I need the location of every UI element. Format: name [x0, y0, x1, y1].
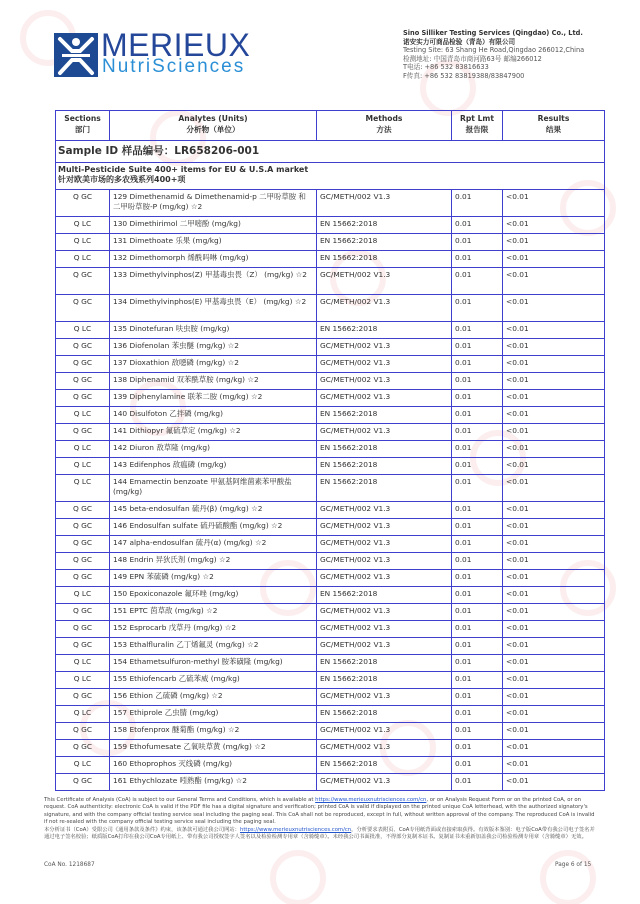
analyte-cell: 157 Ethiprole 乙虫腈 (mg/kg) — [110, 706, 317, 723]
method-cell: GC/METH/002 V1.3 — [317, 268, 452, 295]
result-cell: <0.01 — [503, 407, 605, 424]
method-cell: EN 15662:2018 — [317, 458, 452, 475]
table-row: Q GC133 Dimethylvinphos(Z) 甲基毒虫畏（Z） (mg/… — [56, 268, 605, 295]
col-header-rpt-lmt: Rpt Lmt报告限 — [452, 111, 503, 141]
result-cell: <0.01 — [503, 295, 605, 322]
analyte-cell: 149 EPN 苯硫磷 (mg/kg) ☆2 — [110, 570, 317, 587]
method-cell: EN 15662:2018 — [317, 706, 452, 723]
table-row: Q GC141 Dithiopyr 氟硫草定 (mg/kg) ☆2GC/METH… — [56, 424, 605, 441]
method-cell: GC/METH/002 V1.3 — [317, 295, 452, 322]
company-logo: MERIEUX NutriSciences — [54, 33, 254, 77]
table-row: Q LC155 Ethiofencarb 乙硫苯威 (mg/kg)EN 1566… — [56, 672, 605, 689]
company-tel: T电话: +86 532 83816633 — [403, 63, 584, 72]
result-cell: <0.01 — [503, 706, 605, 723]
result-cell: <0.01 — [503, 553, 605, 570]
section-cell: Q LC — [56, 251, 110, 268]
rpt-lmt-cell: 0.01 — [452, 638, 503, 655]
section-cell: Q GC — [56, 268, 110, 295]
method-cell: EN 15662:2018 — [317, 757, 452, 774]
method-cell: EN 15662:2018 — [317, 251, 452, 268]
table-row: Q GC134 Dimethylvinphos(E) 甲基毒虫畏（E） (mg/… — [56, 295, 605, 322]
analyte-cell: 151 EPTC 茵草敌 (mg/kg) ☆2 — [110, 604, 317, 621]
rpt-lmt-cell: 0.01 — [452, 536, 503, 553]
watermark-seal — [540, 850, 596, 904]
method-cell: GC/METH/002 V1.3 — [317, 502, 452, 519]
result-cell: <0.01 — [503, 672, 605, 689]
analyte-cell: 135 Dinotefuran 呋虫胺 (mg/kg) — [110, 322, 317, 339]
method-cell: EN 15662:2018 — [317, 407, 452, 424]
table-row: Q LC142 Diuron 敌草隆 (mg/kg)EN 15662:20180… — [56, 441, 605, 458]
section-cell: Q GC — [56, 356, 110, 373]
rpt-lmt-cell: 0.01 — [452, 706, 503, 723]
analyte-cell: 145 beta-endosulfan 硫丹(β) (mg/kg) ☆2 — [110, 502, 317, 519]
table-row: Q GC139 Diphenylamine 联苯二胺 (mg/kg) ☆2GC/… — [56, 390, 605, 407]
analyte-cell: 129 Dimethenamid & Dimethenamid-p 二甲吩草胺 … — [110, 190, 317, 217]
method-cell: GC/METH/002 V1.3 — [317, 570, 452, 587]
section-cell: Q GC — [56, 190, 110, 217]
method-cell: GC/METH/002 V1.3 — [317, 740, 452, 757]
section-cell: Q GC — [56, 604, 110, 621]
analyte-cell: 136 Diofenolan 苯虫醚 (mg/kg) ☆2 — [110, 339, 317, 356]
result-cell: <0.01 — [503, 424, 605, 441]
rpt-lmt-cell: 0.01 — [452, 774, 503, 791]
analyte-cell: 150 Epoxiconazole 氟环唑 (mg/kg) — [110, 587, 317, 604]
result-cell: <0.01 — [503, 234, 605, 251]
table-row: Q LC143 Edifenphos 敌瘟磷 (mg/kg)EN 15662:2… — [56, 458, 605, 475]
sample-id-row: Sample ID 样品编号：LR658206-001 — [56, 141, 605, 163]
analyte-cell: 134 Dimethylvinphos(E) 甲基毒虫畏（E） (mg/kg) … — [110, 295, 317, 322]
rpt-lmt-cell: 0.01 — [452, 356, 503, 373]
rpt-lmt-cell: 0.01 — [452, 390, 503, 407]
result-cell: <0.01 — [503, 322, 605, 339]
table-row: Q LC140 Disulfoton 乙拌磷 (mg/kg)EN 15662:2… — [56, 407, 605, 424]
section-cell: Q LC — [56, 407, 110, 424]
merieux-figure-logo-icon — [54, 33, 98, 77]
disclaimer: This Certificate of Analysis (CoA) is su… — [44, 797, 599, 841]
result-cell: <0.01 — [503, 774, 605, 791]
analyte-cell: 143 Edifenphos 敌瘟磷 (mg/kg) — [110, 458, 317, 475]
table-row: Q LC144 Emamectin benzoate 甲氨基阿维菌素苯甲酸盐 (… — [56, 475, 605, 502]
rpt-lmt-cell: 0.01 — [452, 322, 503, 339]
method-cell: GC/METH/002 V1.3 — [317, 723, 452, 740]
rpt-lmt-cell: 0.01 — [452, 689, 503, 706]
result-cell: <0.01 — [503, 458, 605, 475]
analyte-cell: 147 alpha-endosulfan 硫丹(α) (mg/kg) ☆2 — [110, 536, 317, 553]
table-row: Q LC131 Dimethoate 乐果 (mg/kg)EN 15662:20… — [56, 234, 605, 251]
table-row: Q GC147 alpha-endosulfan 硫丹(α) (mg/kg) ☆… — [56, 536, 605, 553]
method-cell: GC/METH/002 V1.3 — [317, 390, 452, 407]
section-cell: Q GC — [56, 621, 110, 638]
table-row: Q GC153 Ethalfluralin 乙丁烯氟灵 (mg/kg) ☆2GC… — [56, 638, 605, 655]
company-name-cn: 诺安实力可商品检验（青岛）有限公司 — [403, 38, 584, 47]
watermark-seal — [270, 850, 326, 904]
analyte-cell: 133 Dimethylvinphos(Z) 甲基毒虫畏（Z） (mg/kg) … — [110, 268, 317, 295]
rpt-lmt-cell: 0.01 — [452, 655, 503, 672]
rpt-lmt-cell: 0.01 — [452, 295, 503, 322]
suite-title: Multi-Pesticide Suite 400+ items for EU … — [56, 163, 605, 190]
suite-title-row: Multi-Pesticide Suite 400+ items for EU … — [56, 163, 605, 190]
method-cell: GC/METH/002 V1.3 — [317, 339, 452, 356]
method-cell: EN 15662:2018 — [317, 322, 452, 339]
col-header-methods: Methods方法 — [317, 111, 452, 141]
section-cell: Q LC — [56, 587, 110, 604]
method-cell: EN 15662:2018 — [317, 234, 452, 251]
analyte-cell: 142 Diuron 敌草隆 (mg/kg) — [110, 441, 317, 458]
result-cell: <0.01 — [503, 190, 605, 217]
table-row: Q GC151 EPTC 茵草敌 (mg/kg) ☆2GC/METH/002 V… — [56, 604, 605, 621]
rpt-lmt-cell: 0.01 — [452, 268, 503, 295]
result-cell: <0.01 — [503, 339, 605, 356]
method-cell: GC/METH/002 V1.3 — [317, 621, 452, 638]
table-row: Q GC136 Diofenolan 苯虫醚 (mg/kg) ☆2GC/METH… — [56, 339, 605, 356]
result-cell: <0.01 — [503, 441, 605, 458]
result-cell: <0.01 — [503, 723, 605, 740]
analyte-cell: 137 Dioxathion 敌噁磷 (mg/kg) ☆2 — [110, 356, 317, 373]
method-cell: EN 15662:2018 — [317, 217, 452, 234]
rpt-lmt-cell: 0.01 — [452, 553, 503, 570]
rpt-lmt-cell: 0.01 — [452, 519, 503, 536]
section-cell: Q LC — [56, 706, 110, 723]
rpt-lmt-cell: 0.01 — [452, 217, 503, 234]
company-name-en: Sino Silliker Testing Services (Qingdao)… — [403, 29, 584, 38]
result-cell: <0.01 — [503, 757, 605, 774]
section-cell: Q LC — [56, 655, 110, 672]
section-cell: Q GC — [56, 295, 110, 322]
section-cell: Q LC — [56, 234, 110, 251]
method-cell: GC/METH/002 V1.3 — [317, 689, 452, 706]
result-cell: <0.01 — [503, 587, 605, 604]
result-cell: <0.01 — [503, 604, 605, 621]
section-cell: Q GC — [56, 424, 110, 441]
section-cell: Q LC — [56, 217, 110, 234]
method-cell: EN 15662:2018 — [317, 655, 452, 672]
method-cell: GC/METH/002 V1.3 — [317, 519, 452, 536]
result-cell: <0.01 — [503, 655, 605, 672]
company-fax: F传真: +86 532 83819388/83847900 — [403, 72, 584, 81]
analyte-cell: 156 Ethion 乙硫磷 (mg/kg) ☆2 — [110, 689, 317, 706]
coa-number: CoA No. 1218687 — [44, 862, 95, 868]
rpt-lmt-cell: 0.01 — [452, 424, 503, 441]
method-cell: GC/METH/002 V1.3 — [317, 356, 452, 373]
rpt-lmt-cell: 0.01 — [452, 234, 503, 251]
result-cell: <0.01 — [503, 356, 605, 373]
table-row: Q GC156 Ethion 乙硫磷 (mg/kg) ☆2GC/METH/002… — [56, 689, 605, 706]
table-row: Q LC160 Ethoprophos 灭线磷 (mg/kg)EN 15662:… — [56, 757, 605, 774]
analyte-cell: 146 Endosulfan sulfate 硫丹硫酸酯 (mg/kg) ☆2 — [110, 519, 317, 536]
company-info: Sino Silliker Testing Services (Qingdao)… — [403, 29, 584, 81]
section-cell: Q GC — [56, 339, 110, 356]
analyte-cell: 155 Ethiofencarb 乙硫苯威 (mg/kg) — [110, 672, 317, 689]
result-cell: <0.01 — [503, 536, 605, 553]
rpt-lmt-cell: 0.01 — [452, 604, 503, 621]
table-header-row: Sections部门 Analytes (Units)分析物（单位） Metho… — [56, 111, 605, 141]
result-cell: <0.01 — [503, 621, 605, 638]
col-header-analytes: Analytes (Units)分析物（单位） — [110, 111, 317, 141]
analyte-cell: 144 Emamectin benzoate 甲氨基阿维菌素苯甲酸盐 (mg/k… — [110, 475, 317, 502]
rpt-lmt-cell: 0.01 — [452, 621, 503, 638]
method-cell: GC/METH/002 V1.3 — [317, 638, 452, 655]
col-header-sections: Sections部门 — [56, 111, 110, 141]
terms-link-cn[interactable]: https://www.merieuxnutrisciences.com/cn — [240, 827, 351, 833]
result-cell: <0.01 — [503, 268, 605, 295]
method-cell: GC/METH/002 V1.3 — [317, 536, 452, 553]
result-cell: <0.01 — [503, 570, 605, 587]
rpt-lmt-cell: 0.01 — [452, 723, 503, 740]
section-cell: Q GC — [56, 638, 110, 655]
method-cell: GC/METH/002 V1.3 — [317, 190, 452, 217]
analyte-cell: 139 Diphenylamine 联苯二胺 (mg/kg) ☆2 — [110, 390, 317, 407]
method-cell: EN 15662:2018 — [317, 587, 452, 604]
sample-id: Sample ID 样品编号：LR658206-001 — [56, 141, 605, 163]
rpt-lmt-cell: 0.01 — [452, 190, 503, 217]
method-cell: GC/METH/002 V1.3 — [317, 424, 452, 441]
rpt-lmt-cell: 0.01 — [452, 587, 503, 604]
analyte-cell: 160 Ethoprophos 灭线磷 (mg/kg) — [110, 757, 317, 774]
analyte-cell: 140 Disulfoton 乙拌磷 (mg/kg) — [110, 407, 317, 424]
table-row: Q GC161 Ethychlozate 吲熟酯 (mg/kg) ☆2GC/ME… — [56, 774, 605, 791]
section-cell: Q GC — [56, 519, 110, 536]
table-row: Q LC150 Epoxiconazole 氟环唑 (mg/kg)EN 1566… — [56, 587, 605, 604]
rpt-lmt-cell: 0.01 — [452, 570, 503, 587]
results-table: Sections部门 Analytes (Units)分析物（单位） Metho… — [55, 110, 605, 791]
rpt-lmt-cell: 0.01 — [452, 441, 503, 458]
table-row: Q GC149 EPN 苯硫磷 (mg/kg) ☆2GC/METH/002 V1… — [56, 570, 605, 587]
table-row: Q GC146 Endosulfan sulfate 硫丹硫酸酯 (mg/kg)… — [56, 519, 605, 536]
rpt-lmt-cell: 0.01 — [452, 757, 503, 774]
section-cell: Q GC — [56, 536, 110, 553]
analyte-cell: 148 Endrin 异狄氏剂 (mg/kg) ☆2 — [110, 553, 317, 570]
rpt-lmt-cell: 0.01 — [452, 740, 503, 757]
section-cell: Q GC — [56, 553, 110, 570]
col-header-results: Results结果 — [503, 111, 605, 141]
rpt-lmt-cell: 0.01 — [452, 373, 503, 390]
analyte-cell: 152 Esprocarb 戊草丹 (mg/kg) ☆2 — [110, 621, 317, 638]
suite-title-cn: 针对欧美市场的多农残系列400+项 — [58, 175, 602, 185]
result-cell: <0.01 — [503, 502, 605, 519]
section-cell: Q LC — [56, 441, 110, 458]
table-row: Q LC130 Dimethirimol 二甲嘧酚 (mg/kg)EN 1566… — [56, 217, 605, 234]
rpt-lmt-cell: 0.01 — [452, 475, 503, 502]
result-cell: <0.01 — [503, 475, 605, 502]
analyte-cell: 159 Ethofumesate 乙氧呋草黄 (mg/kg) ☆2 — [110, 740, 317, 757]
table-row: Q GC129 Dimethenamid & Dimethenamid-p 二甲… — [56, 190, 605, 217]
table-row: Q GC145 beta-endosulfan 硫丹(β) (mg/kg) ☆2… — [56, 502, 605, 519]
rpt-lmt-cell: 0.01 — [452, 251, 503, 268]
section-cell: Q LC — [56, 322, 110, 339]
section-cell: Q LC — [56, 475, 110, 502]
section-cell: Q GC — [56, 570, 110, 587]
table-row: Q GC159 Ethofumesate 乙氧呋草黄 (mg/kg) ☆2GC/… — [56, 740, 605, 757]
method-cell: EN 15662:2018 — [317, 672, 452, 689]
method-cell: GC/METH/002 V1.3 — [317, 553, 452, 570]
section-cell: Q GC — [56, 740, 110, 757]
analyte-cell: 138 Diphenamid 双苯酰草胺 (mg/kg) ☆2 — [110, 373, 317, 390]
table-row: Q LC132 Dimethomorph 烯酰吗啉 (mg/kg)EN 1566… — [56, 251, 605, 268]
rpt-lmt-cell: 0.01 — [452, 502, 503, 519]
section-cell: Q GC — [56, 373, 110, 390]
section-cell: Q GC — [56, 502, 110, 519]
section-cell: Q LC — [56, 458, 110, 475]
table-row: Q GC138 Diphenamid 双苯酰草胺 (mg/kg) ☆2GC/ME… — [56, 373, 605, 390]
rpt-lmt-cell: 0.01 — [452, 407, 503, 424]
analyte-cell: 158 Etofenprox 醚菊酯 (mg/kg) ☆2 — [110, 723, 317, 740]
method-cell: EN 15662:2018 — [317, 441, 452, 458]
method-cell: GC/METH/002 V1.3 — [317, 774, 452, 791]
result-cell: <0.01 — [503, 251, 605, 268]
table-row: Q GC137 Dioxathion 敌噁磷 (mg/kg) ☆2GC/METH… — [56, 356, 605, 373]
analyte-cell: 130 Dimethirimol 二甲嘧酚 (mg/kg) — [110, 217, 317, 234]
rpt-lmt-cell: 0.01 — [452, 339, 503, 356]
company-address-en: Testing Site: 63 Shang He Road,Qingdao 2… — [403, 46, 584, 55]
result-cell: <0.01 — [503, 638, 605, 655]
analyte-cell: 154 Ethametsulfuron-methyl 胺苯磺隆 (mg/kg) — [110, 655, 317, 672]
table-row: Q GC158 Etofenprox 醚菊酯 (mg/kg) ☆2GC/METH… — [56, 723, 605, 740]
section-cell: Q LC — [56, 672, 110, 689]
method-cell: EN 15662:2018 — [317, 475, 452, 502]
table-row: Q LC157 Ethiprole 乙虫腈 (mg/kg)EN 15662:20… — [56, 706, 605, 723]
analyte-cell: 161 Ethychlozate 吲熟酯 (mg/kg) ☆2 — [110, 774, 317, 791]
method-cell: GC/METH/002 V1.3 — [317, 604, 452, 621]
rpt-lmt-cell: 0.01 — [452, 458, 503, 475]
analyte-cell: 131 Dimethoate 乐果 (mg/kg) — [110, 234, 317, 251]
analyte-cell: 132 Dimethomorph 烯酰吗啉 (mg/kg) — [110, 251, 317, 268]
page-number: Page 6 of 15 — [555, 862, 591, 868]
table-row: Q GC152 Esprocarb 戊草丹 (mg/kg) ☆2GC/METH/… — [56, 621, 605, 638]
analyte-cell: 153 Ethalfluralin 乙丁烯氟灵 (mg/kg) ☆2 — [110, 638, 317, 655]
result-cell: <0.01 — [503, 390, 605, 407]
result-cell: <0.01 — [503, 373, 605, 390]
section-cell: Q GC — [56, 689, 110, 706]
result-cell: <0.01 — [503, 740, 605, 757]
section-cell: Q GC — [56, 723, 110, 740]
table-row: Q LC154 Ethametsulfuron-methyl 胺苯磺隆 (mg/… — [56, 655, 605, 672]
suite-title-en: Multi-Pesticide Suite 400+ items for EU … — [58, 165, 602, 175]
method-cell: GC/METH/002 V1.3 — [317, 373, 452, 390]
logo-text-nutrisciences: NutriSciences — [102, 56, 245, 78]
analyte-cell: 141 Dithiopyr 氟硫草定 (mg/kg) ☆2 — [110, 424, 317, 441]
section-cell: Q GC — [56, 390, 110, 407]
terms-link[interactable]: https://www.merieuxnutrisciences.com/cn — [315, 797, 426, 803]
section-cell: Q GC — [56, 774, 110, 791]
table-row: Q LC135 Dinotefuran 呋虫胺 (mg/kg)EN 15662:… — [56, 322, 605, 339]
result-cell: <0.01 — [503, 519, 605, 536]
result-cell: <0.01 — [503, 217, 605, 234]
rpt-lmt-cell: 0.01 — [452, 672, 503, 689]
section-cell: Q LC — [56, 757, 110, 774]
result-cell: <0.01 — [503, 689, 605, 706]
table-row: Q GC148 Endrin 异狄氏剂 (mg/kg) ☆2GC/METH/00… — [56, 553, 605, 570]
